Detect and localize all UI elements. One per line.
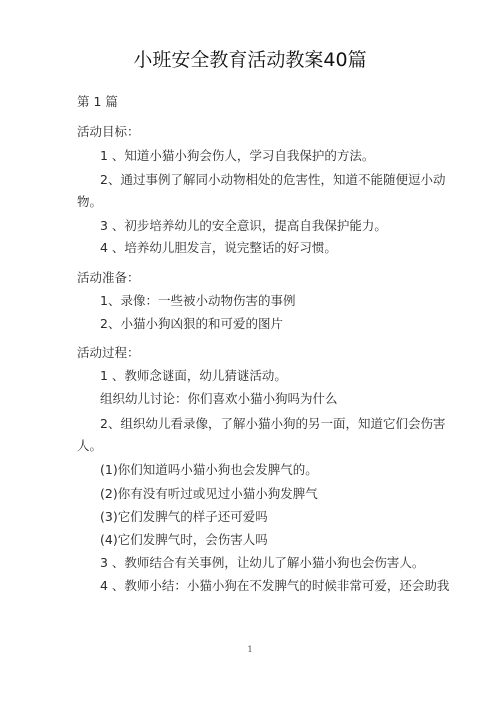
preparation-item: 1、录像：一些被小动物伤害的事例 bbox=[100, 293, 295, 309]
goal-item: 2、通过事例了解同小动物相处的危害性，知道不能随便逗小动 bbox=[100, 172, 445, 188]
process-item: 4 、教师小结：小猫小狗在不发脾气的时候非常可爱，还会助我 bbox=[100, 578, 449, 594]
process-item: 1 、教师念谜面，幼儿猜谜活动。 bbox=[100, 368, 287, 384]
process-item: 组织幼儿讨论：你们喜欢小猫小狗吗为什么 bbox=[100, 391, 338, 407]
preparation-heading: 活动准备： bbox=[77, 270, 140, 286]
preparation-item: 2、小猫小狗凶狠的和可爱的图片 bbox=[100, 316, 283, 332]
section-label: 第 1 篇 bbox=[77, 94, 118, 110]
page-number: 1 bbox=[0, 645, 500, 654]
process-subitem: (2)你有没有听过或见过小猫小狗发脾气 bbox=[100, 486, 318, 502]
goal-item: 3 、初步培养幼儿的安全意识，提高自我保护能力。 bbox=[100, 218, 387, 234]
goal-item-continuation: 物。 bbox=[77, 194, 102, 210]
process-item-continuation: 人。 bbox=[77, 438, 102, 454]
process-item: 3 、教师结合有关事例，让幼儿了解小猫小狗也会伤害人。 bbox=[100, 555, 424, 571]
process-subitem: (1)你们知道吗小猫小狗也会发脾气的。 bbox=[100, 462, 318, 478]
process-subitem: (4)它们发脾气时，会伤害人吗 bbox=[100, 532, 268, 548]
process-heading: 活动过程： bbox=[77, 345, 140, 361]
process-item: 2、组织幼儿看录像，了解小猫小狗的另一面，知道它们会伤害 bbox=[100, 416, 445, 432]
document-title: 小班安全教育活动教案40篇 bbox=[0, 48, 500, 72]
goal-item: 1 、知道小猫小狗会伤人，学习自我保护的方法。 bbox=[100, 148, 374, 164]
process-subitem: (3)它们发脾气的样子还可爱吗 bbox=[100, 509, 268, 525]
document-page: 小班安全教育活动教案40篇 第 1 篇 活动目标： 1 、知道小猫小狗会伤人，学… bbox=[0, 0, 500, 707]
goal-item: 4 、培养幼儿胆发言，说完整话的好习惯。 bbox=[100, 240, 337, 256]
goals-heading: 活动目标： bbox=[77, 124, 140, 140]
